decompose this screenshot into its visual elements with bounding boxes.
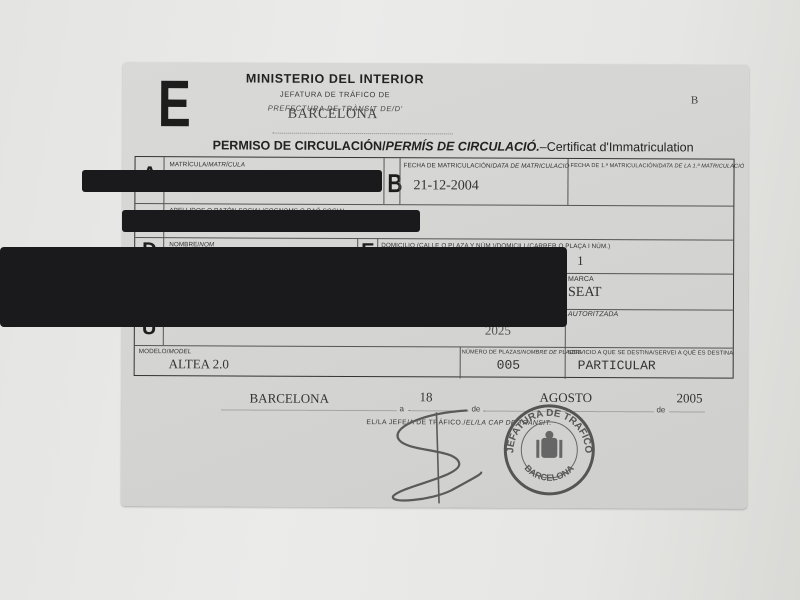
servicio-value: PARTICULAR (578, 358, 656, 373)
marca-value: SEAT (568, 285, 602, 301)
divider (399, 158, 400, 204)
issue-city: BARCELONA (249, 391, 329, 407)
servicio-label: SERVICIO A QUE SE DESTINA/SERVEI A QUÈ E… (568, 350, 733, 357)
divider (383, 158, 384, 204)
divider (565, 347, 566, 379)
divider (567, 159, 568, 205)
connector-de-2: de (656, 405, 665, 414)
modelo-value: ALTEA 2.0 (169, 356, 229, 372)
divider (135, 345, 733, 349)
title-french: –Certificat d'Immatriculation (540, 140, 694, 155)
title-catalan: PERMÍS DE CIRCULACIÓ. (386, 139, 540, 154)
dotted-line (669, 411, 704, 412)
redaction-bar-name-address (0, 247, 567, 327)
divider (135, 203, 733, 207)
title-spanish: PERMISO DE CIRCULACIÓN/ (213, 138, 386, 153)
issue-year: 2005 (677, 390, 703, 406)
jefatura-label: JEFATURA DE TRÁFICO DE (280, 90, 390, 99)
autorizada-label: AUTORITZADA (568, 311, 618, 318)
official-stamp: JEFATURA DE TRAFICO BARCELONA (501, 402, 597, 498)
fecha-primera-label: FECHA DE 1.ª MATRICULACIÓN/DATA DE LA 1.… (571, 163, 745, 170)
modelo-label: MODELO/MODEL (139, 348, 192, 355)
svg-text:BARCELONA: BARCELONA (522, 463, 576, 483)
coat-of-arms-icon (536, 431, 562, 458)
document-title: PERMISO DE CIRCULACIÓN/PERMÍS DE CIRCULA… (213, 138, 694, 154)
plazas-label: NÚMERO DE PLAZAS/NOMBRE DE PLACES (462, 349, 582, 356)
corner-mark: B (691, 94, 698, 106)
redaction-bar-plate (82, 170, 382, 192)
province-name: BARCELONA (288, 107, 378, 123)
plazas-value: 005 (497, 358, 520, 373)
redaction-bar-surname (122, 210, 420, 232)
divider (460, 346, 461, 378)
signature (381, 408, 491, 508)
ministry-name: MINISTERIO DEL INTERIOR (246, 72, 424, 87)
matricula-label: MATRÍCULA/MATRÍCULA (170, 161, 246, 168)
fecha-matriculacion-label: FECHA DE MATRICULACIÓN/DATA DE MATRICULA… (404, 162, 570, 170)
marca-label: MARCA (568, 276, 594, 283)
series-letter: E (158, 70, 191, 136)
dotted-line (221, 409, 396, 411)
header-divider (273, 133, 453, 135)
divider (135, 237, 733, 241)
issue-day: 18 (420, 389, 433, 405)
domicilio-value: 1 (577, 253, 584, 269)
fecha-matriculacion-value: 21-12-2004 (413, 178, 478, 194)
